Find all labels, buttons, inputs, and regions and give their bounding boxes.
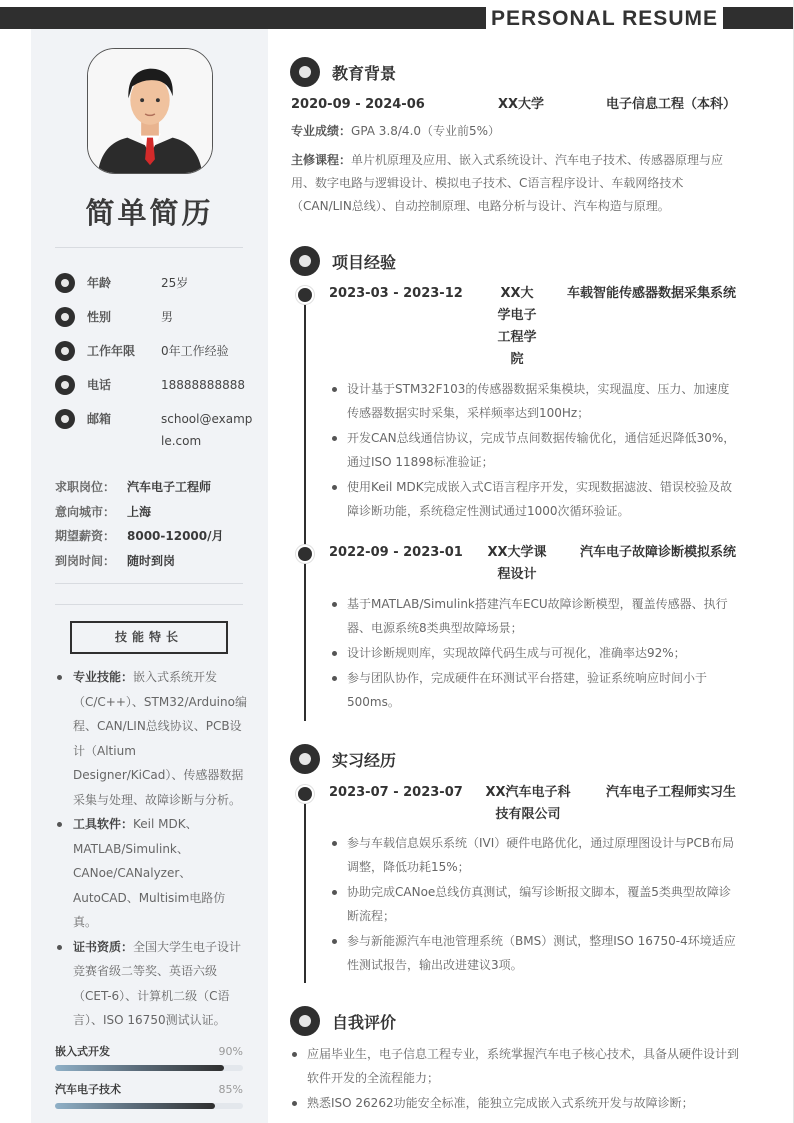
courses-label: 主修课程： bbox=[291, 153, 351, 167]
timeline-dot-icon bbox=[298, 787, 312, 801]
skill-item: 专业技能：嵌入式系统开发（C/C++）、STM32/Arduino编程、CAN/… bbox=[53, 665, 249, 812]
info-row-gender: 性别 男 bbox=[55, 306, 255, 340]
skill-label: 专业技能： bbox=[73, 670, 133, 684]
section-title: 实习经历 bbox=[332, 748, 396, 771]
job-row-salary: 期望薪资： 8000-12000/月 bbox=[55, 526, 255, 551]
education-date: 2020-09 - 2024-06 bbox=[291, 95, 461, 115]
bullet-item: 使用Keil MDK完成嵌入式C语言程序开发，实现数据滤波、错误校验及故障诊断功… bbox=[330, 475, 738, 523]
entry-date: 2023-07 - 2023-07 bbox=[329, 782, 479, 826]
skills-title: 技能特长 bbox=[70, 621, 228, 654]
info-row-age: 年龄 25岁 bbox=[55, 272, 255, 306]
avatar bbox=[87, 48, 213, 174]
skill-label: 工具软件： bbox=[73, 817, 133, 831]
info-label: 电话 bbox=[87, 374, 161, 396]
bullet-item: 熟悉ISO 26262功能安全标准，能独立完成嵌入式系统开发与故障诊断； bbox=[290, 1091, 740, 1115]
bullet-item: 应届毕业生，电子信息工程专业，系统掌握汽车电子核心技术，具备从硬件设计到软件开发… bbox=[290, 1042, 740, 1090]
job-label: 期望薪资： bbox=[55, 526, 127, 551]
resume-name: 简单简历 bbox=[31, 191, 268, 232]
info-label: 邮箱 bbox=[87, 408, 161, 430]
skill-bar-percent: 90% bbox=[219, 1044, 243, 1060]
courses-value: 单片机原理及应用、嵌入式系统设计、汽车电子技术、传感器原理与应用、数字电路与逻辑… bbox=[291, 153, 723, 213]
timeline-dot-icon bbox=[298, 288, 312, 302]
education-school: XX大学 bbox=[461, 95, 581, 115]
skill-text: 嵌入式系统开发（C/C++）、STM32/Arduino编程、CAN/LIN总线… bbox=[73, 670, 247, 807]
education-gpa: 专业成绩：GPA 3.8/4.0（专业前5%） bbox=[291, 120, 736, 143]
skill-bars: 嵌入式开发 90% 汽车电子技术 85% bbox=[55, 1044, 243, 1120]
bullet-item: 协助完成CANoe总线仿真测试，编写诊断报文脚本，覆盖5类典型故障诊断流程； bbox=[330, 880, 738, 928]
bullet-item: 设计基于STM32F103的传感器数据采集模块，实现温度、压力、加速度传感器数据… bbox=[330, 377, 738, 425]
skill-bar-auto-electronics: 汽车电子技术 85% bbox=[55, 1082, 243, 1120]
project-entry-header: 2023-03 - 2023-12 XX大学电子工程学院 车载智能传感器数据采集… bbox=[329, 283, 736, 371]
entry-role: 车载智能传感器数据采集系统 bbox=[555, 283, 736, 371]
bullet-item: 设计诊断规则库，实现故障代码生成与可视化，准确率达92%； bbox=[330, 641, 738, 665]
section-title: 项目经验 bbox=[332, 250, 396, 273]
skill-item: 证书资质：全国大学生电子设计竞赛省级二等奖、英语六级（CET-6）、计算机二级（… bbox=[53, 935, 249, 1033]
gpa-label: 专业成绩： bbox=[291, 124, 351, 138]
ring-bullet-icon bbox=[55, 409, 75, 429]
section-internship-header: 实习经历 bbox=[290, 744, 396, 774]
progress-track bbox=[55, 1103, 243, 1109]
education-row: 2020-09 - 2024-06 XX大学 电子信息工程（本科） bbox=[291, 95, 736, 115]
ring-bullet-icon bbox=[55, 375, 75, 395]
section-ring-icon bbox=[290, 57, 320, 87]
progress-fill bbox=[55, 1065, 224, 1071]
info-value: 0年工作经验 bbox=[161, 340, 255, 362]
info-value: 18888888888 bbox=[161, 374, 255, 396]
section-title: 自我评价 bbox=[332, 1010, 396, 1033]
info-row-email: 邮箱 school@example.com bbox=[55, 408, 255, 464]
bullet-item: 开发CAN总线通信协议，完成节点间数据传输优化，通信延迟降低30%，通过ISO … bbox=[330, 426, 738, 474]
skills-list: 专业技能：嵌入式系统开发（C/C++）、STM32/Arduino编程、CAN/… bbox=[53, 665, 249, 1033]
entry-org: XX大学电子工程学院 bbox=[494, 283, 540, 371]
avatar-portrait-icon bbox=[88, 49, 212, 173]
section-ring-icon bbox=[290, 1006, 320, 1036]
skill-bar-percent: 85% bbox=[219, 1082, 243, 1098]
job-value: 8000-12000/月 bbox=[127, 526, 224, 551]
section-ring-icon bbox=[290, 246, 320, 276]
header-bar-right bbox=[723, 7, 793, 29]
timeline-dot-icon bbox=[298, 547, 312, 561]
education-courses: 主修课程：单片机原理及应用、嵌入式系统设计、汽车电子技术、传感器原理与应用、数字… bbox=[291, 149, 736, 218]
timeline-line bbox=[304, 295, 306, 721]
header-bar-left bbox=[0, 7, 486, 29]
timeline-line bbox=[304, 793, 306, 983]
internship-entry-header: 2023-07 - 2023-07 XX汽车电子科技有限公司 汽车电子工程师实习… bbox=[329, 782, 736, 826]
info-label: 性别 bbox=[87, 306, 161, 328]
job-label: 求职岗位： bbox=[55, 477, 127, 502]
info-label: 年龄 bbox=[87, 272, 161, 294]
section-self-eval-header: 自我评价 bbox=[290, 1006, 396, 1036]
skill-label: 证书资质： bbox=[73, 940, 133, 954]
job-row-position: 求职岗位： 汽车电子工程师 bbox=[55, 477, 255, 502]
sidebar: 简单简历 年龄 25岁 性别 男 工作年限 0年工作经验 电话 18888888 bbox=[31, 29, 268, 1123]
info-row-phone: 电话 18888888888 bbox=[55, 374, 255, 408]
divider bbox=[55, 604, 243, 605]
progress-fill bbox=[55, 1103, 215, 1109]
main-content: 教育背景 2020-09 - 2024-06 XX大学 电子信息工程（本科） 专… bbox=[268, 29, 794, 1123]
info-label: 工作年限 bbox=[87, 340, 161, 362]
job-row-city: 意向城市： 上海 bbox=[55, 502, 255, 527]
divider bbox=[55, 247, 243, 248]
job-intent-list: 求职岗位： 汽车电子工程师 意向城市： 上海 期望薪资： 8000-12000/… bbox=[55, 477, 255, 575]
skill-bar-embedded: 嵌入式开发 90% bbox=[55, 1044, 243, 1082]
divider bbox=[55, 583, 243, 584]
bullet-item: 参与新能源汽车电池管理系统（BMS）测试，整理ISO 16750-4环境适应性测… bbox=[330, 929, 738, 977]
skill-bar-name: 汽车电子技术 bbox=[55, 1082, 121, 1098]
info-value: school@example.com bbox=[161, 408, 255, 452]
bullet-item: 参与车载信息娱乐系统（IVI）硬件电路优化，通过原理图设计与PCB布局调整，降低… bbox=[330, 831, 738, 879]
job-label: 到岗时间： bbox=[55, 551, 127, 576]
project-entry-header: 2022-09 - 2023-01 XX大学课程设计 汽车电子故障诊断模拟系统 bbox=[329, 542, 736, 586]
internship-bullets: 参与车载信息娱乐系统（IVI）硬件电路优化，通过原理图设计与PCB布局调整，降低… bbox=[330, 831, 738, 978]
skill-item: 工具软件：Keil MDK、MATLAB/Simulink、CANoe/CANa… bbox=[53, 812, 249, 935]
entry-date: 2023-03 - 2023-12 bbox=[329, 283, 479, 371]
project-bullets: 基于MATLAB/Simulink搭建汽车ECU故障诊断模型，覆盖传感器、执行器… bbox=[330, 592, 738, 715]
entry-role: 汽车电子故障诊断模拟系统 bbox=[549, 542, 736, 586]
bullet-item: 基于MATLAB/Simulink搭建汽车ECU故障诊断模型，覆盖传感器、执行器… bbox=[330, 592, 738, 640]
section-ring-icon bbox=[290, 744, 320, 774]
ring-bullet-icon bbox=[55, 273, 75, 293]
entry-date: 2022-09 - 2023-01 bbox=[329, 542, 479, 586]
job-row-availability: 到岗时间： 随时到岗 bbox=[55, 551, 255, 576]
ring-bullet-icon bbox=[55, 341, 75, 361]
entry-org: XX大学课程设计 bbox=[485, 542, 549, 586]
job-value: 随时到岗 bbox=[127, 551, 175, 576]
ring-bullet-icon bbox=[55, 307, 75, 327]
progress-track bbox=[55, 1065, 243, 1071]
info-value: 男 bbox=[161, 306, 255, 328]
gpa-value: GPA 3.8/4.0（专业前5%） bbox=[351, 124, 500, 138]
section-projects-header: 项目经验 bbox=[290, 246, 396, 276]
self-eval-bullets: 应届毕业生，电子信息工程专业，系统掌握汽车电子核心技术，具备从硬件设计到软件开发… bbox=[290, 1042, 740, 1116]
project-bullets: 设计基于STM32F103的传感器数据采集模块，实现温度、压力、加速度传感器数据… bbox=[330, 377, 738, 524]
section-title: 教育背景 bbox=[332, 61, 396, 84]
job-value: 上海 bbox=[127, 502, 151, 527]
resume-page: PERSONAL RESUME 简单简历 年龄 25岁 bbox=[0, 0, 794, 1123]
job-label: 意向城市： bbox=[55, 502, 127, 527]
section-education-header: 教育背景 bbox=[290, 57, 396, 87]
info-row-experience: 工作年限 0年工作经验 bbox=[55, 340, 255, 374]
entry-org: XX汽车电子科技有限公司 bbox=[483, 782, 573, 826]
personal-info-list: 年龄 25岁 性别 男 工作年限 0年工作经验 电话 18888888888 邮… bbox=[55, 272, 255, 464]
skill-text: Keil MDK、MATLAB/Simulink、CANoe/CANalyzer… bbox=[73, 817, 225, 929]
bullet-item: 参与团队协作，完成硬件在环测试平台搭建，验证系统响应时间小于500ms。 bbox=[330, 666, 738, 714]
entry-role: 汽车电子工程师实习生 bbox=[573, 782, 736, 826]
skill-bar-name: 嵌入式开发 bbox=[55, 1044, 110, 1060]
education-major: 电子信息工程（本科） bbox=[581, 95, 736, 115]
job-value: 汽车电子工程师 bbox=[127, 477, 211, 502]
info-value: 25岁 bbox=[161, 272, 255, 294]
